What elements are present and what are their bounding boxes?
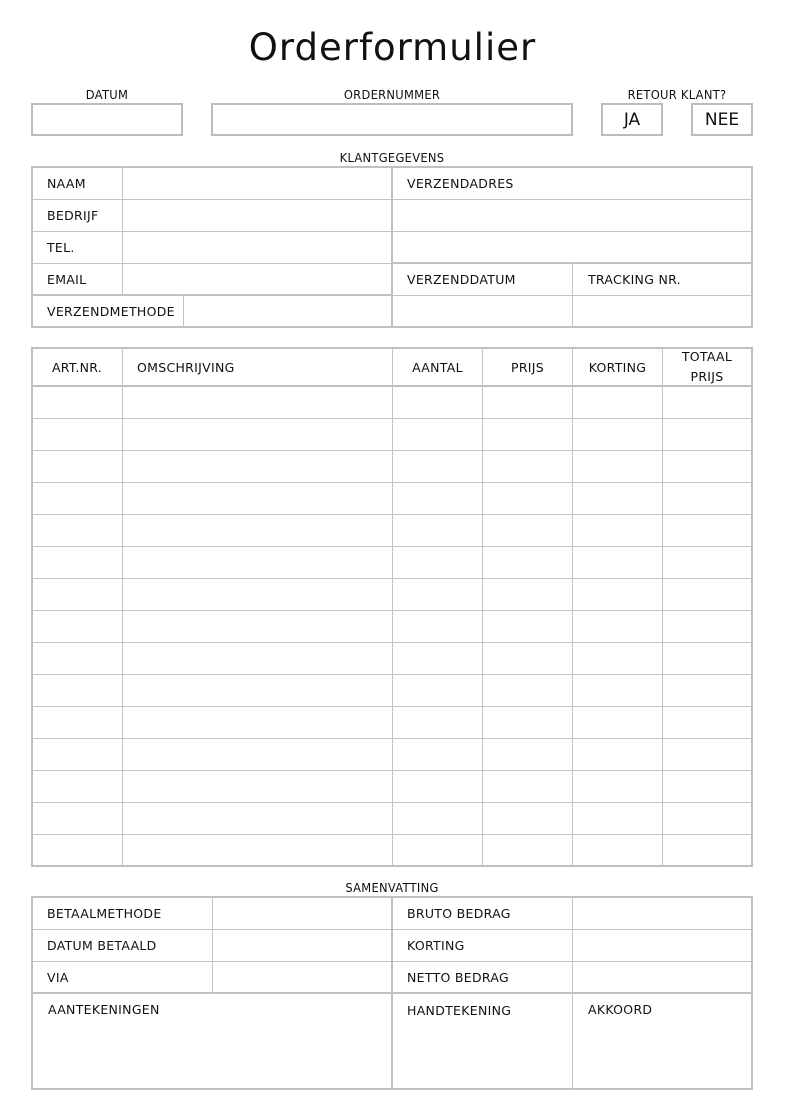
discount-cell[interactable] (573, 739, 661, 769)
art-nr-cell[interactable] (33, 675, 121, 705)
description-cell[interactable] (123, 835, 391, 865)
art-nr-cell[interactable] (33, 419, 121, 449)
price-cell[interactable] (483, 675, 571, 705)
description-cell[interactable] (123, 611, 391, 641)
art-nr-cell[interactable] (33, 579, 121, 609)
email-label: EMAIL (47, 263, 86, 295)
gross-amount-label: BRUTO BEDRAG (407, 898, 511, 929)
price-cell[interactable] (483, 387, 571, 417)
total-price-cell[interactable] (663, 771, 751, 801)
net-amount-field[interactable] (573, 962, 751, 992)
return-customer-label: RETOUR KLANT? (607, 87, 747, 102)
discount-cell[interactable] (573, 835, 661, 865)
price-cell[interactable] (483, 483, 571, 513)
column-header-quantity: AANTAL (393, 348, 482, 386)
quantity-cell[interactable] (393, 771, 481, 801)
tracking-number-label: TRACKING NR. (588, 263, 681, 295)
total-price-cell[interactable] (663, 835, 751, 865)
description-cell[interactable] (123, 707, 391, 737)
quantity-cell[interactable] (393, 739, 481, 769)
shipping-address-label: VERZENDADRES (407, 167, 514, 199)
discount-cell[interactable] (573, 771, 661, 801)
price-cell[interactable] (483, 803, 571, 833)
notes-field[interactable] (33, 1020, 390, 1088)
price-cell[interactable] (483, 739, 571, 769)
quantity-cell[interactable] (393, 675, 481, 705)
total-price-cell[interactable] (663, 675, 751, 705)
column-header-art-nr: ART.NR. (32, 348, 122, 386)
description-cell[interactable] (123, 419, 391, 449)
description-cell[interactable] (123, 803, 391, 833)
quantity-cell[interactable] (393, 803, 481, 833)
discount-cell[interactable] (573, 675, 661, 705)
payment-method-field[interactable] (213, 898, 391, 929)
description-cell[interactable] (123, 451, 391, 481)
total-price-cell[interactable] (663, 739, 751, 769)
total-price-cell[interactable] (663, 547, 751, 577)
art-nr-cell[interactable] (33, 515, 121, 545)
discount-cell[interactable] (573, 547, 661, 577)
description-cell[interactable] (123, 675, 391, 705)
column-header-total-price: TOTAAL PRIJS (670, 348, 744, 386)
discount-cell[interactable] (573, 387, 661, 417)
discount-cell[interactable] (573, 419, 661, 449)
description-cell[interactable] (123, 483, 391, 513)
signature-field[interactable] (393, 1020, 571, 1088)
via-field[interactable] (213, 962, 391, 992)
price-cell[interactable] (483, 515, 571, 545)
total-price-cell[interactable] (663, 579, 751, 609)
price-cell[interactable] (483, 451, 571, 481)
discount-cell[interactable] (573, 611, 661, 641)
company-label: BEDRIJF (47, 199, 98, 231)
quantity-cell[interactable] (393, 483, 481, 513)
description-cell[interactable] (123, 579, 391, 609)
shipping-method-field[interactable] (184, 296, 391, 326)
approved-label: AKKOORD (588, 1000, 652, 1018)
art-nr-cell[interactable] (33, 771, 121, 801)
shipping-address-field[interactable] (393, 200, 751, 262)
art-nr-cell[interactable] (33, 387, 121, 417)
total-price-cell[interactable] (663, 643, 751, 673)
net-amount-label: NETTO BEDRAG (407, 962, 509, 993)
description-cell[interactable] (123, 739, 391, 769)
price-cell[interactable] (483, 835, 571, 865)
art-nr-cell[interactable] (33, 643, 121, 673)
via-label: VIA (47, 962, 69, 993)
column-header-price: PRIJS (483, 348, 572, 386)
shipping-date-field[interactable] (393, 296, 572, 326)
description-cell[interactable] (123, 771, 391, 801)
tracking-number-field[interactable] (573, 296, 751, 326)
total-price-cell[interactable] (663, 515, 751, 545)
art-nr-cell[interactable] (33, 611, 121, 641)
phone-label: TEL. (47, 231, 75, 263)
quantity-cell[interactable] (393, 387, 481, 417)
gross-amount-field[interactable] (573, 898, 751, 929)
return-no-option[interactable]: NEE (691, 103, 753, 136)
art-nr-cell[interactable] (33, 483, 121, 513)
discount-label: KORTING (407, 930, 465, 961)
quantity-cell[interactable] (393, 547, 481, 577)
signature-label: HANDTEKENING (407, 1001, 511, 1019)
discount-cell[interactable] (573, 803, 661, 833)
discount-cell[interactable] (573, 579, 661, 609)
customer-section-title: KLANTGEGEVENS (60, 150, 724, 165)
description-cell[interactable] (123, 547, 391, 577)
art-nr-cell[interactable] (33, 739, 121, 769)
total-price-cell[interactable] (663, 451, 751, 481)
art-nr-cell[interactable] (33, 707, 121, 737)
quantity-cell[interactable] (393, 611, 481, 641)
description-cell[interactable] (123, 643, 391, 673)
name-field[interactable] (123, 168, 391, 199)
payment-method-label: BETAALMETHODE (47, 898, 162, 929)
discount-cell[interactable] (573, 643, 661, 673)
description-cell[interactable] (123, 387, 391, 417)
art-nr-cell[interactable] (33, 547, 121, 577)
quantity-cell[interactable] (393, 579, 481, 609)
shipping-date-label: VERZENDDATUM (407, 263, 516, 295)
order-number-field[interactable] (211, 103, 573, 136)
total-price-cell[interactable] (663, 611, 751, 641)
quantity-cell[interactable] (393, 835, 481, 865)
description-cell[interactable] (123, 515, 391, 545)
approved-field[interactable] (573, 1020, 751, 1088)
total-price-cell[interactable] (663, 419, 751, 449)
price-cell[interactable] (483, 771, 571, 801)
discount-field[interactable] (573, 930, 751, 961)
quantity-cell[interactable] (393, 707, 481, 737)
page-title: Orderformulier (0, 26, 785, 69)
price-cell[interactable] (483, 643, 571, 673)
price-cell[interactable] (483, 611, 571, 641)
total-price-cell[interactable] (663, 803, 751, 833)
quantity-cell[interactable] (393, 515, 481, 545)
total-price-cell[interactable] (663, 707, 751, 737)
discount-cell[interactable] (573, 707, 661, 737)
total-price-cell[interactable] (663, 387, 751, 417)
notes-label: AANTEKENINGEN (48, 1000, 160, 1018)
art-nr-cell[interactable] (33, 835, 121, 865)
name-label: NAAM (47, 167, 86, 199)
return-yes-option[interactable]: JA (601, 103, 663, 136)
total-price-cell[interactable] (663, 483, 751, 513)
date-field[interactable] (31, 103, 183, 136)
payment-date-field[interactable] (213, 930, 391, 961)
company-field[interactable] (123, 200, 391, 231)
art-nr-cell[interactable] (33, 803, 121, 833)
price-cell[interactable] (483, 419, 571, 449)
order-number-label: ORDERNUMMER (225, 87, 558, 102)
quantity-cell[interactable] (393, 451, 481, 481)
column-header-discount: KORTING (573, 348, 662, 386)
quantity-cell[interactable] (393, 419, 481, 449)
date-label: DATUM (37, 87, 177, 102)
discount-cell[interactable] (573, 451, 661, 481)
art-nr-cell[interactable] (33, 451, 121, 481)
payment-date-label: DATUM BETAALD (47, 930, 157, 961)
summary-section-title: SAMENVATTING (60, 880, 724, 895)
quantity-cell[interactable] (393, 643, 481, 673)
price-cell[interactable] (483, 579, 571, 609)
price-cell[interactable] (483, 707, 571, 737)
discount-cell[interactable] (573, 515, 661, 545)
column-header-description: OMSCHRIJVING (137, 348, 235, 386)
email-field[interactable] (123, 264, 391, 294)
discount-cell[interactable] (573, 483, 661, 513)
phone-field[interactable] (123, 232, 391, 263)
shipping-method-label: VERZENDMETHODE (47, 295, 175, 327)
price-cell[interactable] (483, 547, 571, 577)
